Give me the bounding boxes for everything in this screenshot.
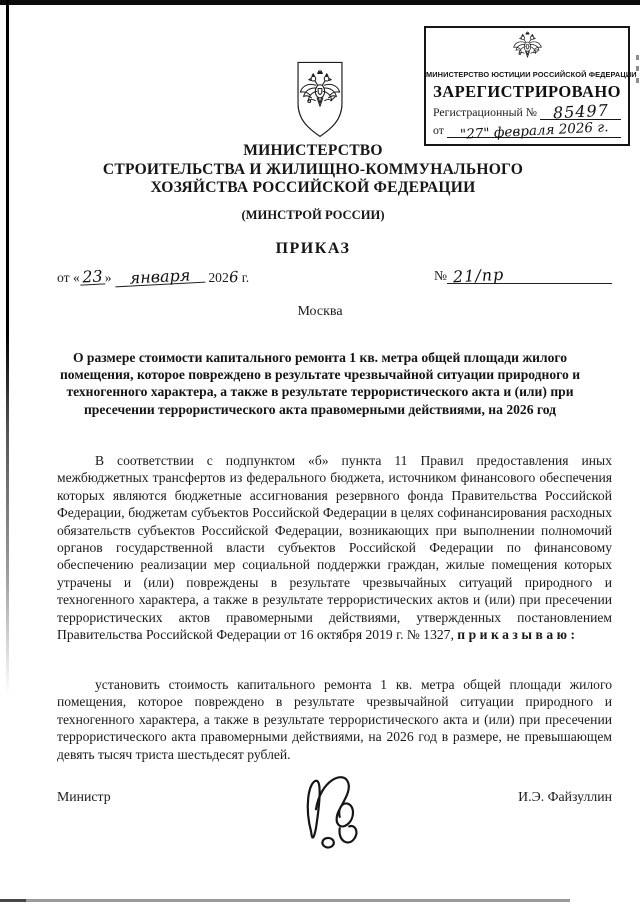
date-suffix: г. <box>242 270 249 285</box>
registration-number-value: 85497 <box>552 104 609 121</box>
registration-number-field: 85497 <box>540 105 621 120</box>
document-number: № 21/пр <box>434 268 612 284</box>
stamp-registered-label: ЗАРЕГИСТРИРОВАНО <box>426 82 628 102</box>
coat-of-arms-icon <box>281 61 359 143</box>
ministry-name-line3: ХОЗЯЙСТВА РОССИЙСКОЙ ФЕДЕРАЦИИ <box>30 179 596 198</box>
number-label: № <box>434 268 447 284</box>
document-type: ПРИКАЗ <box>30 240 596 258</box>
date-prefix: от « <box>57 270 80 285</box>
ministry-short-name: (МИНСТРОЙ РОССИИ) <box>30 208 596 223</box>
registration-stamp: МИНИСТЕРСТВО ЮСТИЦИИ РОССИЙСКОЙ ФЕДЕРАЦИ… <box>424 26 630 146</box>
body-paragraph-1: В соответствии с подпунктом «б» пункта 1… <box>57 452 612 643</box>
signer-role: Министр <box>57 789 111 805</box>
document-title: О размере стоимости капитального ремонта… <box>42 349 598 418</box>
document-header: МИНИСТЕРСТВО СТРОИТЕЛЬСТВА И ЖИЛИЩНО-КОМ… <box>30 142 596 258</box>
stamp-date-label: от <box>433 123 444 138</box>
date-year-hand: 6 <box>228 268 239 287</box>
stamp-registration-number-line: Регистрационный № 85497 <box>426 105 628 120</box>
paragraph-1-text: В соответствии с подпунктом «б» пункта 1… <box>57 453 612 642</box>
scan-edge-top <box>0 0 640 5</box>
signer-name: И.Э. Файзуллин <box>518 789 612 805</box>
date-number-row: от «23» января 2026 г. № 21/пр <box>57 268 612 286</box>
date-month-value: января <box>115 268 206 287</box>
stamp-date-field: "27" февраля 2026 г. <box>447 126 621 138</box>
scan-edge-left <box>6 0 9 695</box>
registration-number-label: Регистрационный № <box>433 105 537 120</box>
coat-of-arms-small-icon <box>426 31 628 70</box>
stamp-date-line: от "27" февраля 2026 г. <box>426 123 628 138</box>
ministry-name-line2: СТРОИТЕЛЬСТВА И ЖИЛИЩНО-КОММУНАЛЬНОГО <box>30 161 596 180</box>
scan-edge-bottom <box>0 899 570 902</box>
ministry-name-line1: МИНИСТЕРСТВО <box>30 142 596 161</box>
number-value: 21/пр <box>453 268 505 284</box>
handwritten-signature-icon <box>296 770 372 858</box>
stamp-date-value: "27" февраля 2026 г. <box>459 122 608 141</box>
body-paragraph-2: установить стоимость капитального ремонт… <box>57 676 612 763</box>
stamp-ministry-name: МИНИСТЕРСТВО ЮСТИЦИИ РОССИЙСКОЙ ФЕДЕРАЦИ… <box>426 70 628 79</box>
date-day-value: 23 <box>79 269 105 285</box>
document-date: от «23» января 2026 г. <box>57 268 249 286</box>
number-field: 21/пр <box>447 269 612 284</box>
date-close-quote: » <box>105 270 112 285</box>
document-page: МИНИСТЕРСТВО ЮСТИЦИИ РОССИЙСКОЙ ФЕДЕРАЦИ… <box>0 0 640 905</box>
date-year-printed: 202 <box>208 270 228 285</box>
paragraph-1-emphasis: приказываю: <box>457 627 578 642</box>
place-name: Москва <box>0 304 640 320</box>
scan-artifact <box>636 55 639 60</box>
